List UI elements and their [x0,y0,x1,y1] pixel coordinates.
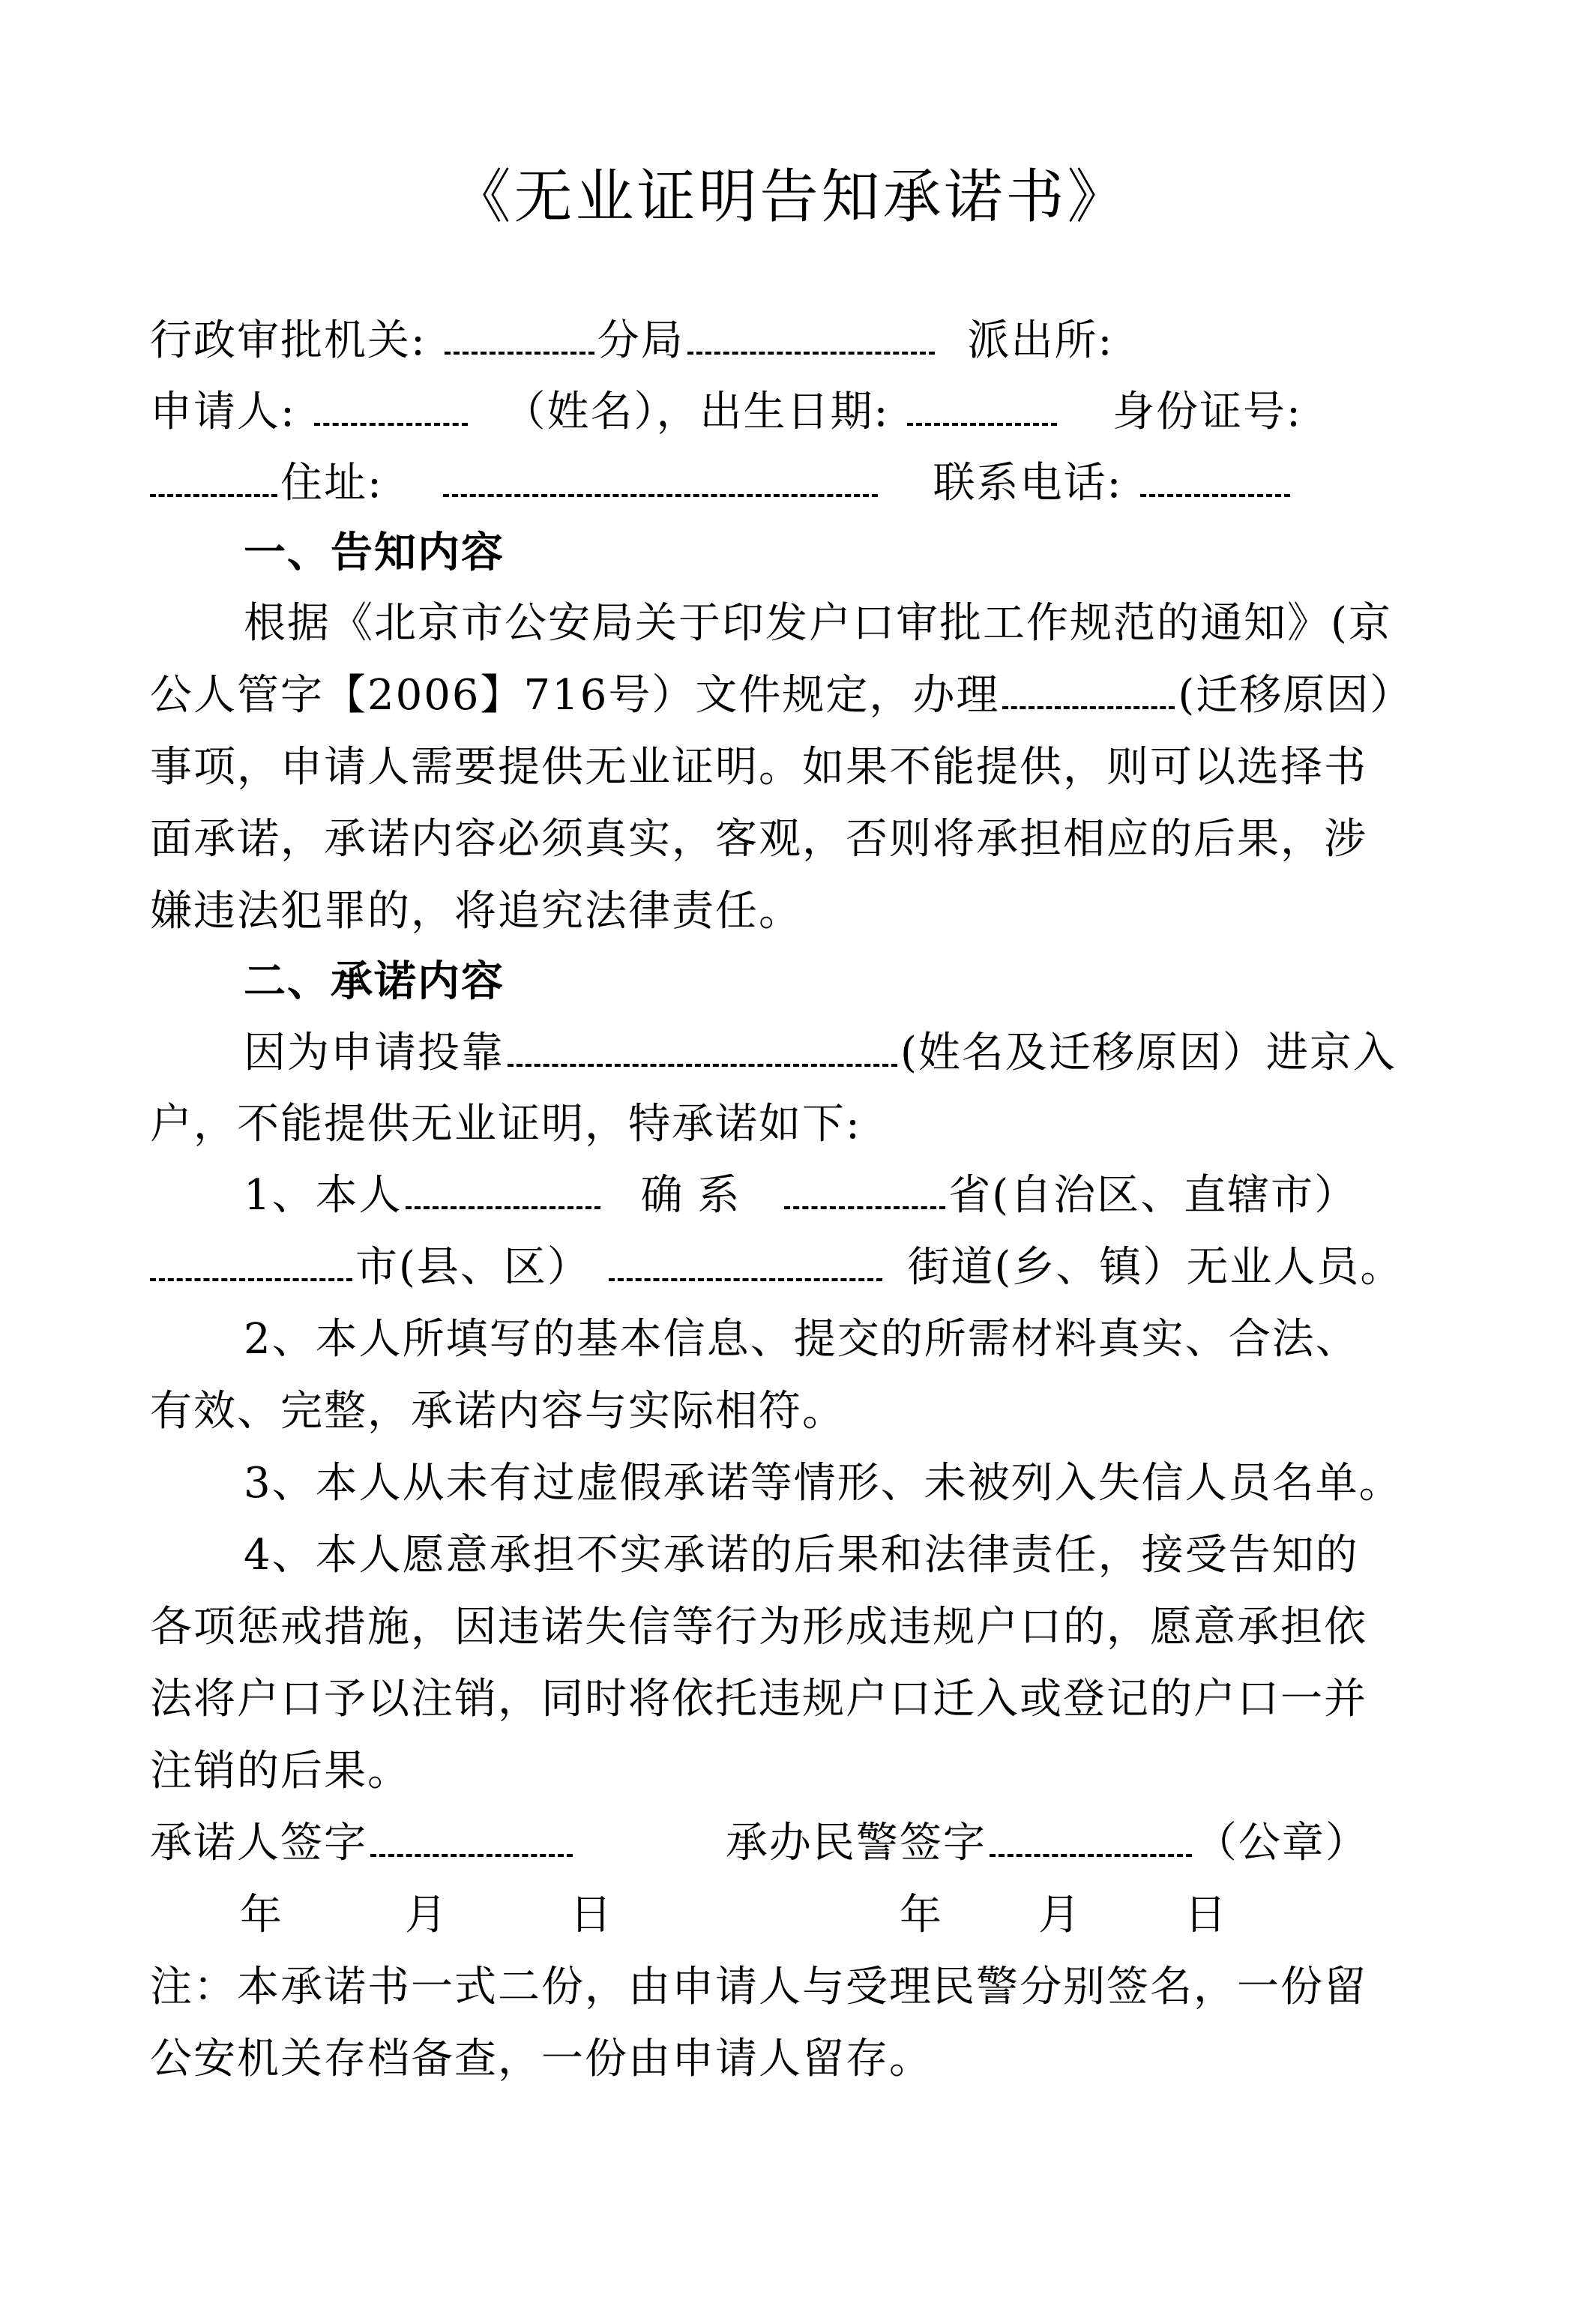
header-line-applicant: 申请人: （姓名），出生日期: 身份证号: [150,386,1439,439]
officer-day: 日 [1184,1889,1228,1942]
officer-year: 年 [900,1889,943,1942]
commitment-item-1: 市(县、区） 街道(乡、镇）无业人员。 [150,1241,1439,1294]
promisor-month: 月 [405,1889,448,1942]
branch-label: 分局 [597,316,684,365]
officer-signature-blank[interactable] [990,1824,1192,1857]
section1-line: 面承诺，承诺内容必须真实，客观，否则将承担相应的后果，涉 [150,813,1439,866]
applicant-label: 申请人: [150,388,296,436]
note-line: 公安机关存档备查，一份由申请人留存。 [150,2033,1439,2086]
city-blank[interactable] [150,1248,352,1281]
signature-line: 承诺人签字 承办民警签字（公章） [150,1817,1439,1870]
promisor-year: 年 [240,1889,283,1942]
station-label: 派出所: [968,316,1114,365]
promisor-day: 日 [570,1889,613,1942]
commitment-item-4: 法将户口予以注销，同时将依托违规户口迁入或登记的户口一并 [150,1673,1439,1726]
section1-line: 根据《北京市公安局关于印发户口审批工作规范的通知》(京 [244,597,1439,650]
phone-label: 联系电话: [933,459,1123,508]
street-blank[interactable] [609,1248,882,1281]
sponsor-blank[interactable] [508,1034,897,1067]
commitment-item-4: 4、本人愿意承担不实承诺的后果和法律责任，接受告知的 [244,1529,1439,1582]
applicant-name-blank[interactable] [314,393,468,426]
section1-line: 嫌违法犯罪的，将追究法律责任。 [150,885,1439,938]
birthdate-blank[interactable] [907,393,1057,426]
section1-heading: 一、告知内容 [244,527,1439,580]
commitment-item-2: 有效、完整，承诺内容与实际相符。 [150,1385,1439,1438]
seal-label: （公章） [1195,1819,1369,1867]
commitment-item-4: 各项惩戒措施，因违诺失信等行为形成违规户口的，愿意承担依 [150,1601,1439,1654]
id-number-blank[interactable] [150,464,277,497]
branch-blank[interactable] [687,322,935,355]
document-page: 《无业证明告知承诺书》 行政审批机关: 分局 派出所: 申请人: （姓名），出生… [0,0,1581,2324]
commitment-item-4: 注销的后果。 [150,1745,1439,1798]
note-line: 注：本承诺书一式二份，由申请人与受理民警分别签名，一份留 [150,1961,1439,2014]
header-line-address: 住址: 联系电话: [150,457,1439,510]
commitment-item-1: 1、本人 确系 省(自治区、直辖市） [244,1169,1439,1222]
authority-blank[interactable] [445,322,594,355]
province-blank[interactable] [784,1176,945,1209]
officer-month: 月 [1038,1889,1082,1942]
section1-line: 事项，申请人需要提供无业证明。如果不能提供，则可以选择书 [150,741,1439,794]
address-label: 住址: [280,459,383,508]
promisor-signature-blank[interactable] [370,1824,573,1857]
promisor-signature-label: 承诺人签字 [150,1819,367,1867]
commitment-item-3: 3、本人从未有过虚假承诺等情形、未被列入失信人员名单。 [244,1457,1439,1510]
commitment-item-2: 2、本人所填写的基本信息、提交的所需材料真实、合法、 [244,1313,1439,1366]
officer-signature-label: 承办民警签字 [726,1819,987,1867]
phone-blank[interactable] [1140,464,1290,497]
address-blank[interactable] [443,464,878,497]
id-number-label: 身份证号: [1112,388,1302,436]
header-line-authority: 行政审批机关: 分局 派出所: [150,315,1439,367]
section2-heading: 二、承诺内容 [244,956,1439,1008]
section2-intro: 户，不能提供无业证明，特承诺如下: [150,1098,1439,1151]
section1-line: 公人管字【2006】716号）文件规定，办理(迁移原因） [150,669,1439,722]
section2-intro: 因为申请投靠(姓名及迁移原因）进京入 [244,1027,1439,1080]
migration-reason-blank[interactable] [1002,676,1175,709]
name-birthdate-label: （姓名），出生日期: [504,388,890,436]
authority-label: 行政审批机关: [150,316,427,365]
name-blank[interactable] [406,1176,600,1209]
document-title: 《无业证明告知承诺书》 [0,150,1581,234]
